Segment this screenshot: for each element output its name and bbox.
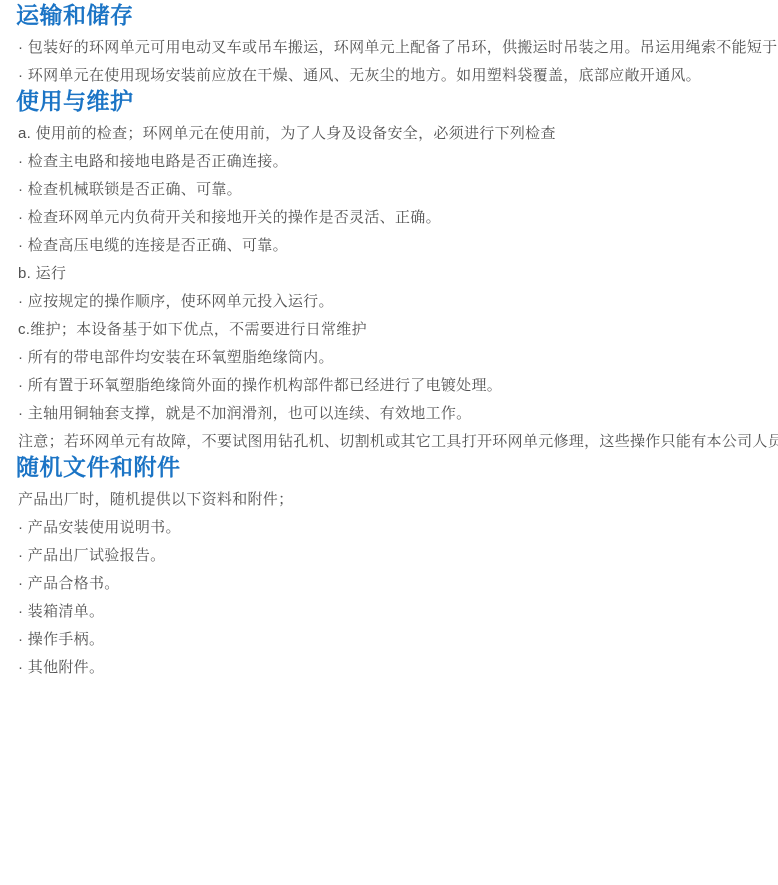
notice-line: 注意；若环网单元有故障，不要试图用钻孔机、切割机或其它工具打开环网单元修理，这些… [16,432,762,452]
section-title-use-maintenance: 使用与维护 [16,86,762,116]
section-use-and-maintenance: 使用与维护 a. 使用前的检查；环网单元在使用前，为了人身及设备安全，必须进行下… [16,86,762,452]
bullet-line: · 产品合格书。 [16,574,762,594]
list-item-c-heading: c.维护；本设备基于如下优点，不需要进行日常维护 [16,320,762,340]
list-item-a-heading: a. 使用前的检查；环网单元在使用前，为了人身及设备安全，必须进行下列检查 [16,124,762,144]
list-item-b-heading: b. 运行 [16,264,762,284]
bullet-line: · 包装好的环网单元可用电动叉车或吊车搬运，环网单元上配备了吊环，供搬运时吊装之… [16,38,762,58]
bullet-line: · 环网单元在使用现场安装前应放在干燥、通风、无灰尘的地方。如用塑料袋覆盖，底部… [16,66,762,86]
bullet-line: · 装箱清单。 [16,602,762,622]
section-accompanying-documents: 随机文件和附件 产品出厂时，随机提供以下资料和附件； · 产品安装使用说明书。 … [16,452,762,678]
bullet-line: · 主轴用铜轴套支撑，就是不加润滑剂，也可以连续、有效地工作。 [16,404,762,424]
bullet-line: · 产品出厂试验报告。 [16,546,762,566]
bullet-line: · 操作手柄。 [16,630,762,650]
intro-line: 产品出厂时，随机提供以下资料和附件； [16,490,762,510]
bullet-line: · 其他附件。 [16,658,762,678]
section-title-transport-storage: 运输和储存 [16,0,762,30]
bullet-line: · 检查高压电缆的连接是否正确、可靠。 [16,236,762,256]
bullet-line: · 检查主电路和接地电路是否正确连接。 [16,152,762,172]
manual-document-page: 运输和储存 · 包装好的环网单元可用电动叉车或吊车搬运，环网单元上配备了吊环，供… [0,0,778,885]
bullet-line: · 应按规定的操作顺序，使环网单元投入运行。 [16,292,762,312]
bullet-line: · 检查环网单元内负荷开关和接地开关的操作是否灵活、正确。 [16,208,762,228]
bullet-line: · 所有置于环氧塑脂绝缘筒外面的操作机构部件都已经进行了电镀处理。 [16,376,762,396]
bullet-line: · 检查机械联锁是否正确、可靠。 [16,180,762,200]
bullet-line: · 产品安装使用说明书。 [16,518,762,538]
section-title-documents-attachments: 随机文件和附件 [16,452,762,482]
bullet-line: · 所有的带电部件均安装在环氧塑脂绝缘筒内。 [16,348,762,368]
section-transport-and-storage: 运输和储存 · 包装好的环网单元可用电动叉车或吊车搬运，环网单元上配备了吊环，供… [16,0,762,86]
